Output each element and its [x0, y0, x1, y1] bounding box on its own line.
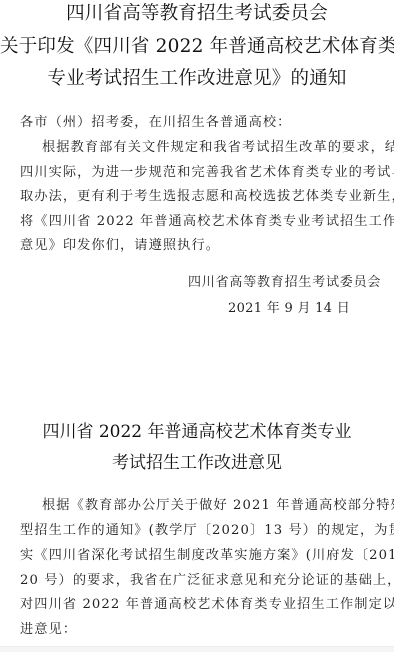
opinion-body-line-1: 根据《教育部办公厅关于做好 2021 年普通高校部分特殊类 — [42, 499, 394, 512]
opinion-title-line-2: 考试招生工作改进意见 — [0, 455, 394, 472]
signature-date: 2021 年 9 月 14 日 — [228, 302, 350, 315]
opinion-body-line-5: 对四川省 2022 年普通高校艺术体育类专业招生工作制定以下改 — [20, 598, 394, 611]
page-bottom-edge — [0, 646, 394, 652]
opinion-title-line-1: 四川省 2022 年普通高校艺术体育类专业 — [0, 424, 394, 441]
notice-body-line-2: 四川实际，为进一步规范和完善我省艺术体育类专业的考试与录 — [20, 166, 394, 179]
opinion-body-line-2: 型招生工作的通知》(教学厅〔2020〕13 号）的规定，为贯彻落 — [20, 524, 394, 537]
signature-issuer: 四川省高等教育招生考试委员会 — [188, 276, 381, 289]
notice-body-line-5: 意见》印发你们，请遵照执行。 — [20, 239, 220, 252]
notice-salutation: 各市（州）招考委，在川招生各普通高校： — [20, 116, 291, 129]
notice-title-line-3: 专业考试招生工作改进意见》的通知 — [0, 70, 394, 89]
notice-body-line-1: 根据教育部有关文件规定和我省考试招生改革的要求，结合 — [42, 141, 394, 154]
notice-title-line-1: 四川省高等教育招生考试委员会 — [0, 5, 394, 24]
opinion-body-line-3: 实《四川省深化考试招生制度改革实施方案》(川府发〔2016〕 — [20, 549, 394, 562]
notice-body-line-3: 取办法，更有利于考生选报志愿和高校选拔艺体类专业新生，现 — [20, 190, 394, 203]
opinion-body-line-4: 20 号）的要求，我省在广泛征求意见和充分论证的基础上，针 — [20, 574, 394, 587]
notice-body-line-4: 将《四川省 2022 年普通高校艺术体育类专业考试招生工作改进 — [20, 215, 394, 228]
document-page: 四川省高等教育招生考试委员会 关于印发《四川省 2022 年普通高校艺术体育类 … — [0, 0, 394, 646]
opinion-body-line-6: 进意见： — [20, 623, 77, 636]
notice-title-line-2: 关于印发《四川省 2022 年普通高校艺术体育类 — [0, 38, 394, 57]
